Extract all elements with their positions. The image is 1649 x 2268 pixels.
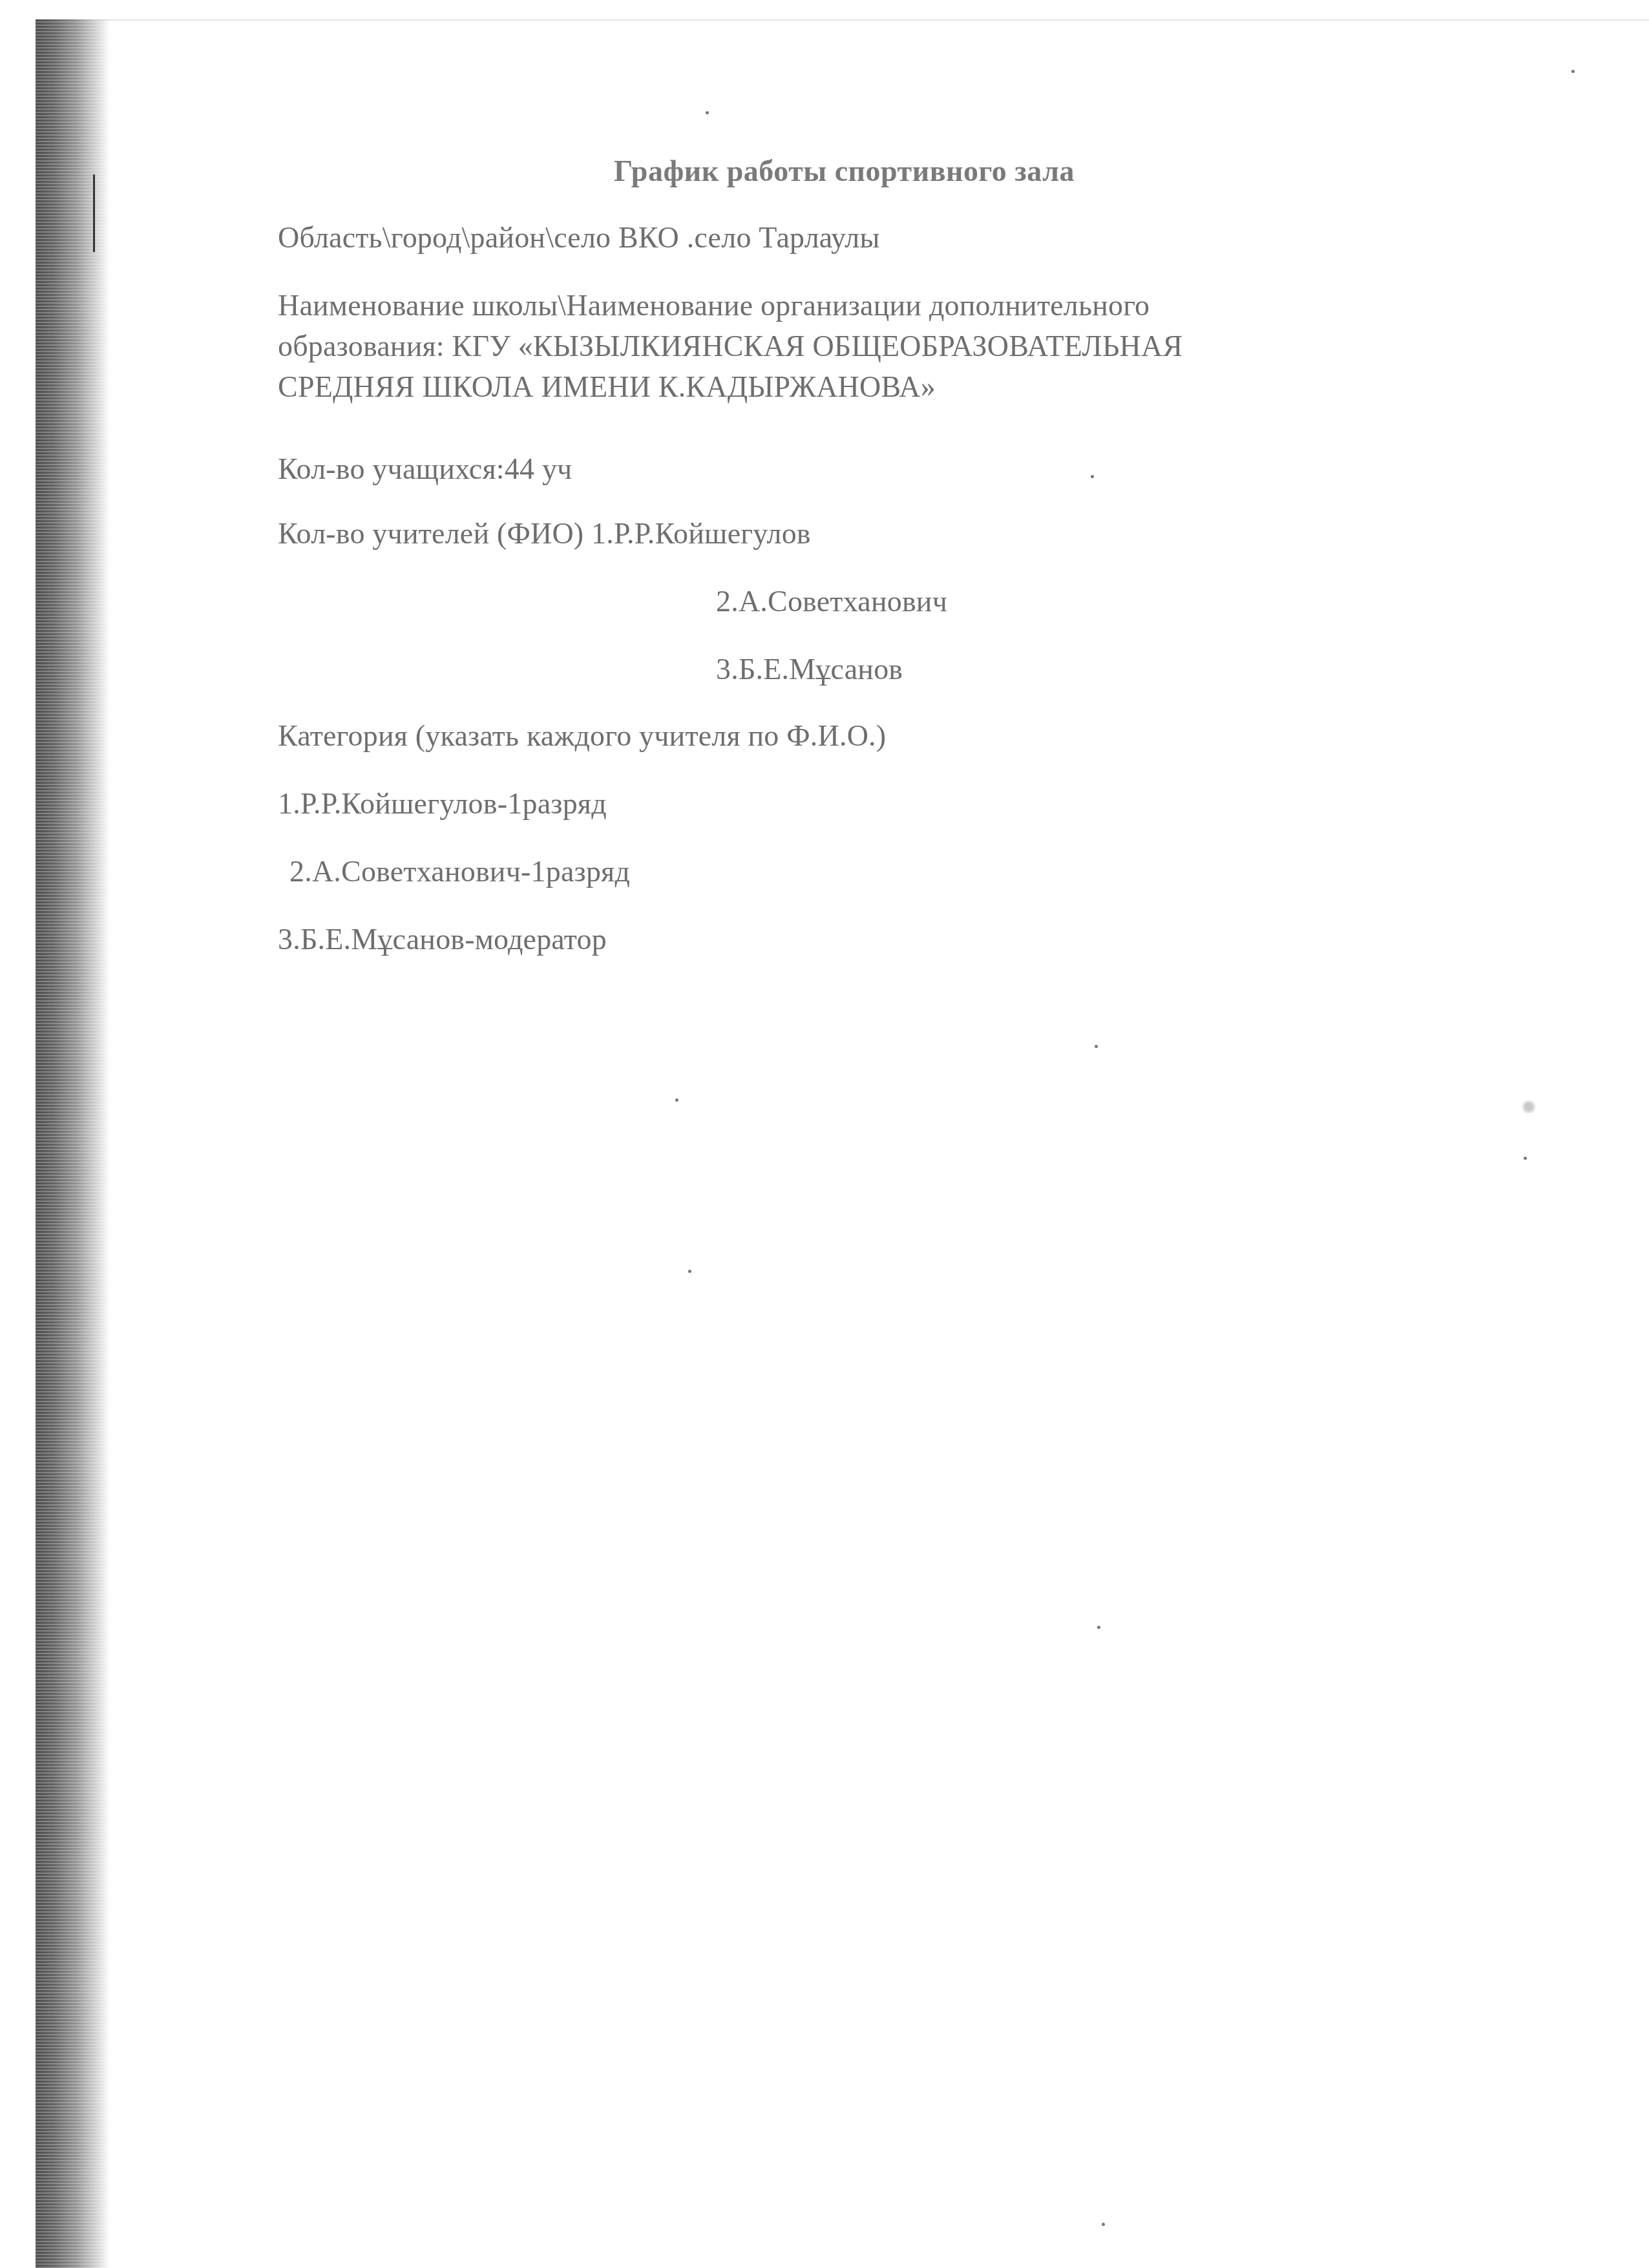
category-item-1: 1.Р.Р.Койшегулов-1разряд xyxy=(278,787,607,821)
students-count: Кол-во учащихся:44 уч xyxy=(278,452,572,487)
scan-edge-mark xyxy=(93,174,95,252)
scan-speck xyxy=(675,1098,678,1102)
scan-speck xyxy=(706,111,709,114)
scan-speck xyxy=(1524,1157,1527,1160)
scan-top-edge xyxy=(36,19,1649,21)
school-name-line-1: Наименование школы\Наименование организа… xyxy=(278,289,1150,323)
school-name-line-2: образования: КГУ «КЫЗЫЛКИЯНСКАЯ ОБЩЕОБРА… xyxy=(278,330,1182,364)
scan-speck xyxy=(1095,1045,1098,1048)
teacher-1: 1.Р.Р.Койшегулов xyxy=(591,517,811,550)
document-title: График работы спортивного зала xyxy=(614,154,1075,188)
scan-speck xyxy=(1571,70,1575,73)
teacher-3: 3.Б.Е.Мұсанов xyxy=(716,653,903,687)
category-item-2: 2.А.Советханович-1разряд xyxy=(289,855,630,889)
scan-speck xyxy=(1097,1626,1100,1629)
category-item-3: 3.Б.Е.Мұсанов-модератор xyxy=(278,923,607,957)
region-line: Область\город\район\село ВКО .село Тарла… xyxy=(278,221,880,255)
scan-speck xyxy=(1102,2223,1105,2226)
teacher-2: 2.А.Советханович xyxy=(716,585,947,619)
scan-speck xyxy=(688,1270,691,1273)
category-label: Категория (указать каждого учителя по Ф.… xyxy=(278,719,886,753)
scan-smudge xyxy=(1520,1100,1538,1113)
school-name-line-3: СРЕДНЯЯ ШКОЛА ИМЕНИ К.КАДЫРЖАНОВА» xyxy=(278,370,936,404)
scan-speck xyxy=(1091,475,1094,478)
teachers-label: Кол-во учителей (ФИО) xyxy=(278,517,583,550)
scan-left-edge-artifact xyxy=(36,19,110,2268)
teachers-line: Кол-во учителей (ФИО) 1.Р.Р.Койшегулов xyxy=(278,517,811,551)
